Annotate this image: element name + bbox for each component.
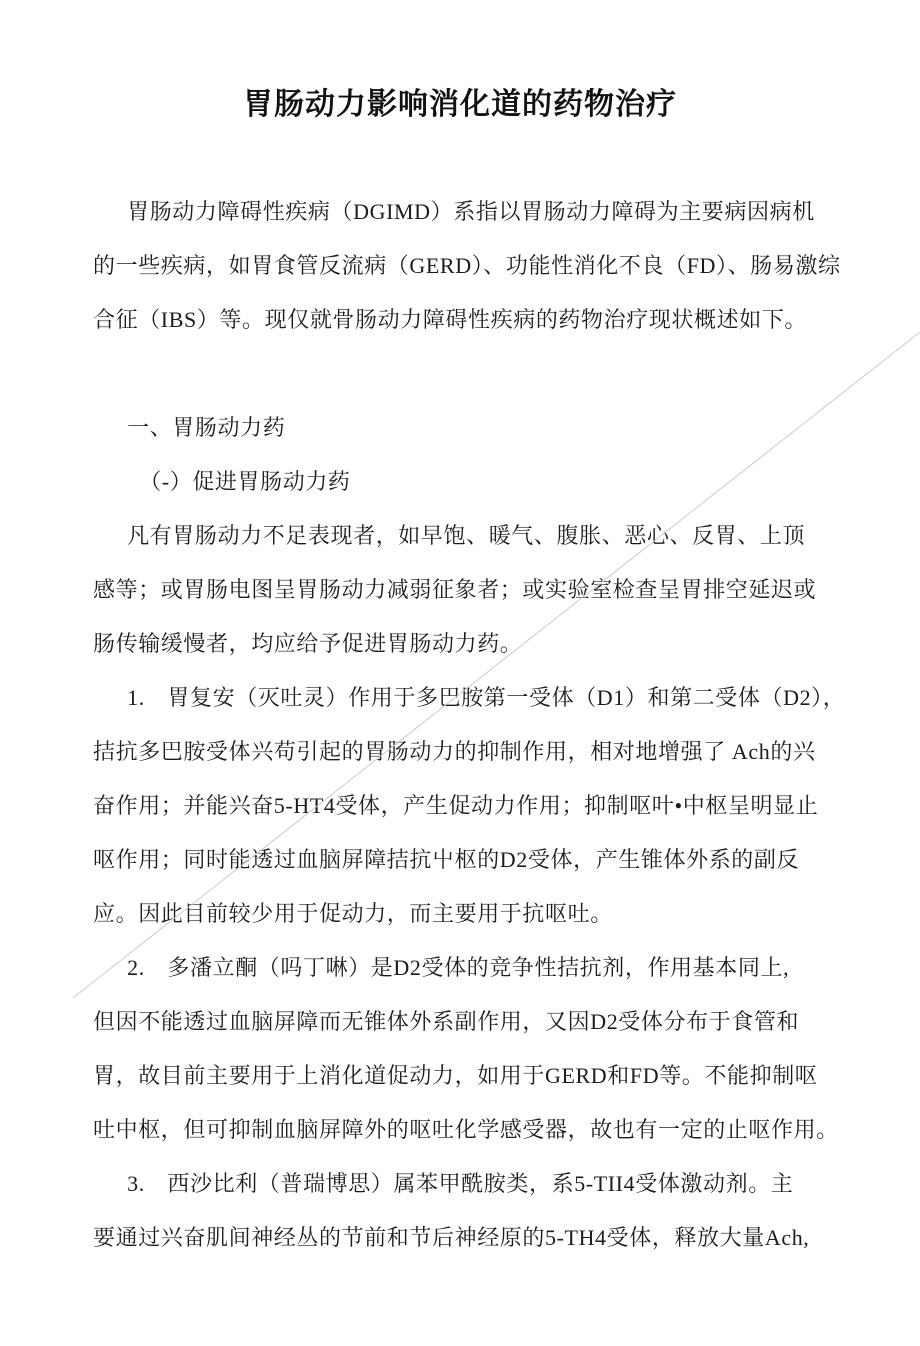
document-page: 胃肠动力影响消化道的药物治疗 胃肠动力障碍性疾病（DGIMD）系指以胃肠动力障碍…	[0, 0, 920, 1346]
numbered-item-line: 3. 西沙比利（普瑞博思）属苯甲酰胺类，系5-TII4受体激动剂。主	[93, 1157, 827, 1211]
paragraph-line: 呕作用；同时能透过血脑屏障拮抗屮枢的D2受体，产生锥体外系的副反	[93, 833, 827, 887]
paragraph-line: 的一些疾病，如胃食管反流病（GERD）、功能性消化不良（FD）、肠易激综	[93, 239, 827, 293]
document-body: 胃肠动力障碍性疾病（DGIMD）系指以胃肠动力障碍为主要病因病机 的一些疾病，如…	[0, 185, 920, 1265]
numbered-item-line: 2. 多潘立酮（吗丁啉）是D2受体的竞争性拮抗剂，作用基本同上,	[93, 941, 827, 995]
paragraph-line: 吐中枢，但可抑制血脑屏障外的呕吐化学感受器，故也有一定的止呕作用。	[93, 1103, 827, 1157]
subsection-heading: （-）促进胃肠动力药	[93, 455, 827, 509]
paragraph-line: 合征（IBS）等。现仅就骨肠动力障碍性疾病的药物治疗现状概述如下。	[93, 293, 827, 347]
paragraph-line: 凡有胃肠动力不足表现者，如早饱、暖气、腹胀、恶心、反胃、上顶	[93, 509, 827, 563]
paragraph-line: 肠传输缓慢者，均应给予促进胃肠动力药。	[93, 617, 827, 671]
paragraph-line: 感等；或胃肠电图呈胃肠动力减弱征象者；或实验室检查呈胃排空延迟或	[93, 563, 827, 617]
numbered-item-line: 1. 胃复安（灭吐灵）作用于多巴胺第一受体（D1）和第二受体（D2），	[93, 671, 827, 725]
paragraph-line: 拮抗多巴胺受体兴苟引起的胃肠动力的抑制作用，相对地增强了 Ach的兴	[93, 725, 827, 779]
paragraph-line: 胃肠动力障碍性疾病（DGIMD）系指以胃肠动力障碍为主要病因病机	[93, 185, 827, 239]
blank-line	[93, 347, 827, 401]
document-title: 胃肠动力影响消化道的药物治疗	[0, 0, 920, 130]
paragraph-line: 要通过兴奋肌间神经丛的节前和节后神经原的5-TH4受体，释放大量Ach,	[93, 1211, 827, 1265]
paragraph-line: 奋作用；并能兴奋5-HT4受体，产生促动力作用；抑制呕叶•中枢呈明显止	[93, 779, 827, 833]
paragraph-line: 应。因此目前较少用于促动力，而主要用于抗呕吐。	[93, 887, 827, 941]
paragraph-line: 胃，故目前主要用于上消化道促动力，如用于GERD和FD等。不能抑制呕	[93, 1049, 827, 1103]
paragraph-line: 但因不能透过血脑屏障而无锥体外系副作用，又因D2受体分布于食管和	[93, 995, 827, 1049]
section-heading: 一、胃肠动力药	[93, 401, 827, 455]
